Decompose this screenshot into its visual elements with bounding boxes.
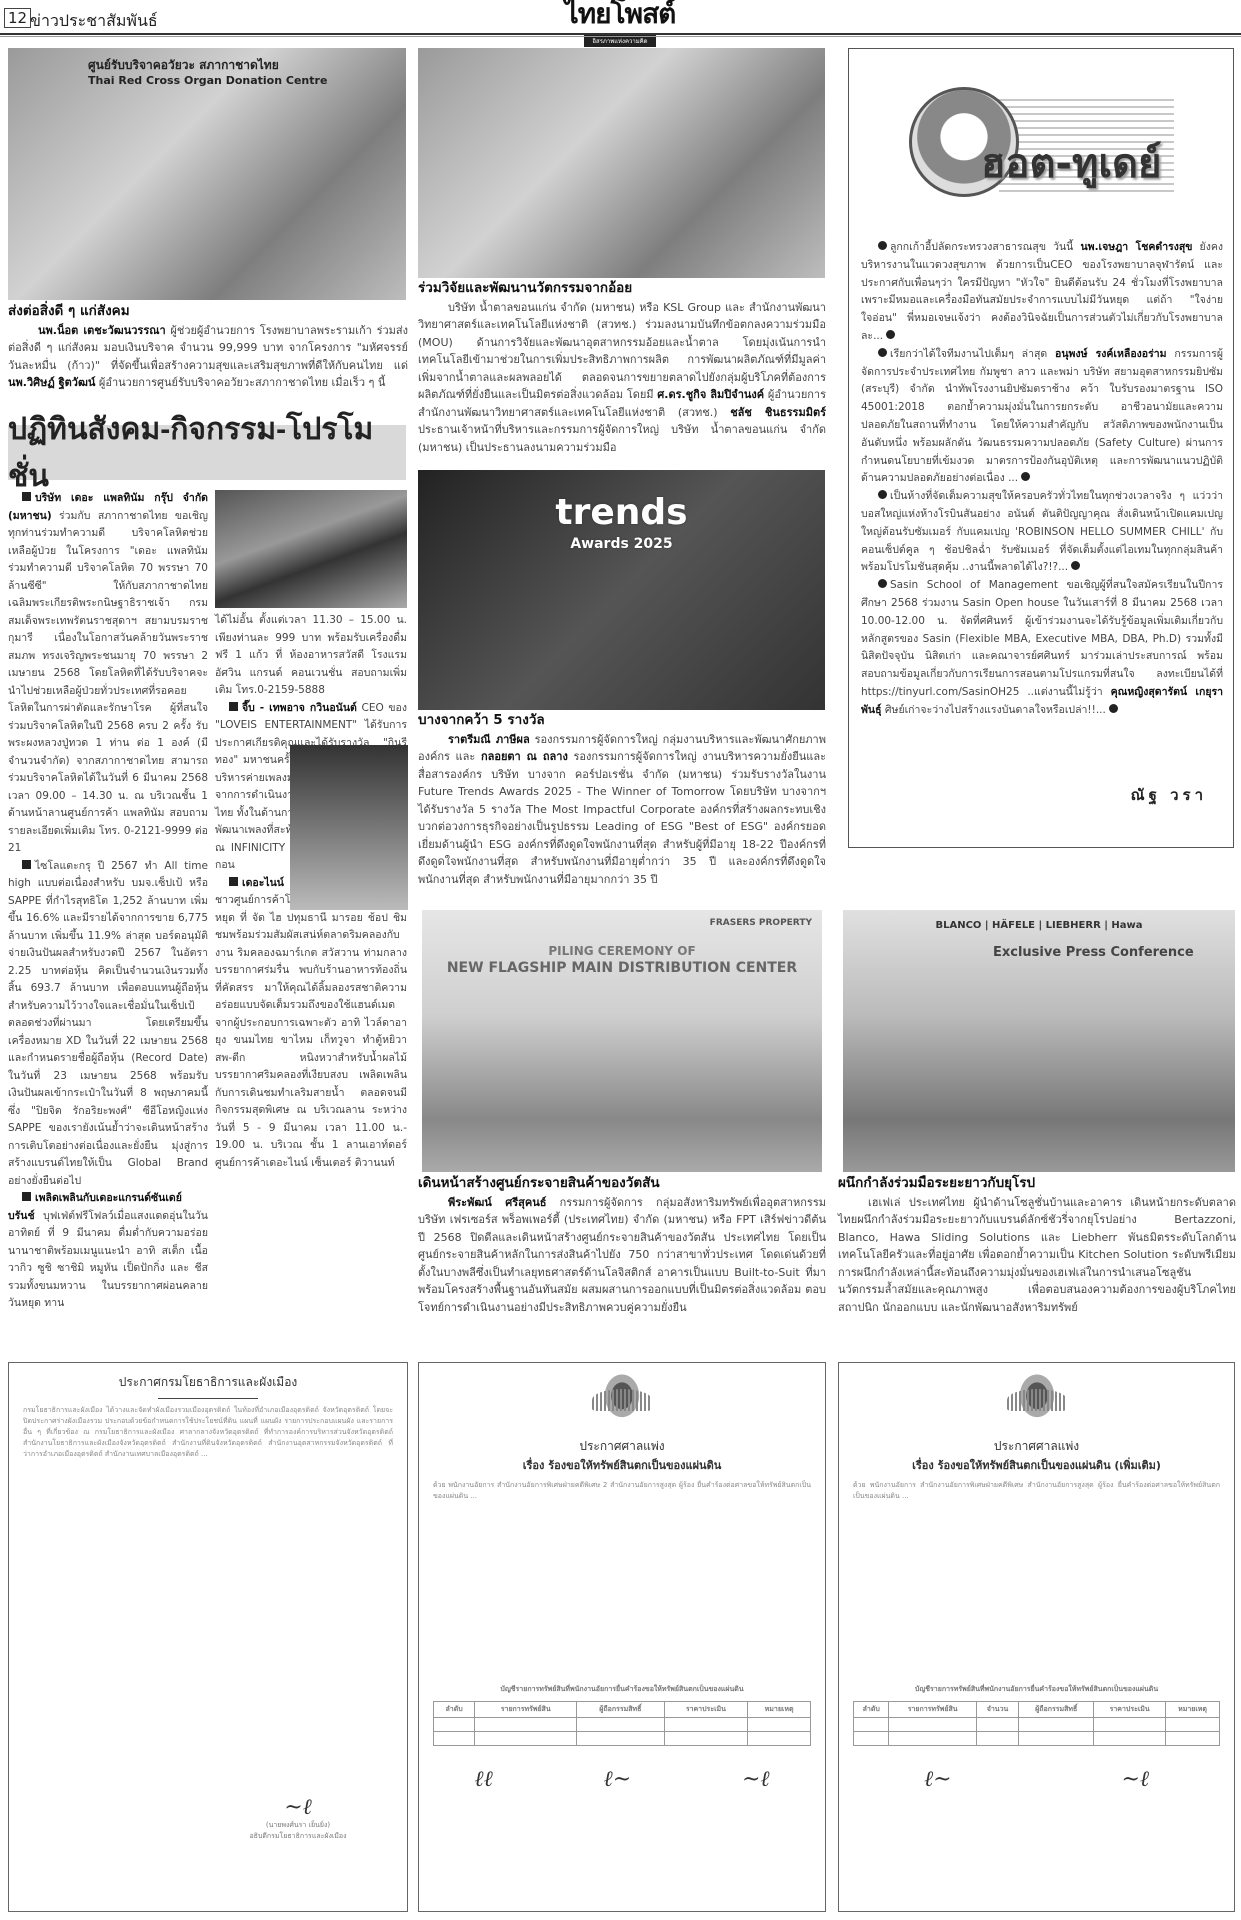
article-hafele: ผนึกกำลังร่วมมือระยะยาวกับยุโรป เฮเฟเล่ … <box>838 1175 1236 1316</box>
hot-item: ลูกกเก้าอี้ปลัดกระทรวงสาธารณสุข วันนี้ น… <box>861 239 1223 346</box>
photo-redcross: ศูนย์รับบริจาคอวัยวะ สภากาชาดไทย Thai Re… <box>8 48 406 300</box>
asset-table: ลำดับรายการทรัพย์สินจำนวนผู้ถือกรรมสิทธิ… <box>853 1701 1220 1746</box>
notice-title: ประกาศกรมโยธาธิการและผังเมือง <box>9 1373 407 1392</box>
notice-title: ประกาศศาลแพ่ง <box>419 1437 825 1456</box>
masthead-logo: ไทยโพสต์ <box>470 0 770 28</box>
bullet-icon <box>878 241 887 250</box>
masthead: ไทยโพสต์ อิสรภาพแห่งความคิด <box>470 0 770 47</box>
notice-body: ด้วย พนักงานอัยการ สำนักงานอัยการพิเศษฝ่… <box>839 1474 1234 1684</box>
social-item: ไซโลแตะกรุ ปี 2567 ทำ All time high แบบต… <box>8 858 208 1191</box>
hot-item: Sasin School of Management ขอเชิญผู้ที่ส… <box>861 577 1223 719</box>
photo-ksl-mou <box>418 48 825 278</box>
table-title: บัญชีรายการทรัพย์สินที่พนักงานอัยการยื่น… <box>419 1684 825 1695</box>
notice-dpt: ประกาศกรมโยธาธิการและผังเมือง กรมโยธาธิก… <box>8 1362 408 1912</box>
bullet-icon <box>878 348 887 357</box>
garuda-emblem-icon <box>1007 1371 1067 1433</box>
social-item: เพลิดเพลินกับเดอะแกรนด์ซันเดย์บรันช์ บุฟ… <box>8 1190 208 1313</box>
square-bullet-icon <box>22 860 31 869</box>
bullet-icon <box>886 330 895 339</box>
bullet-icon <box>878 490 887 499</box>
hot-today-column: ฮอต-ทูเดย์ ลูกกเก้าอี้ปลัดกระทรวงสาธารณส… <box>848 48 1234 848</box>
photo-ceo-portrait <box>290 745 408 910</box>
notice-signatures: ℓℓ ℓ~ ~ℓ <box>419 1766 825 1792</box>
notice-body: กรมโยธาธิการและผังเมือง ได้วางและจัดทำผั… <box>9 1399 407 1794</box>
notice-title: ประกาศศาลแพ่ง <box>839 1437 1234 1456</box>
person-name: นพ.วิศิษฏ์ ฐิตวัฒน์ <box>8 376 95 389</box>
photo-trends-awards: trends Awards 2025 <box>418 470 825 710</box>
article-title: เดินหน้าสร้างศูนย์กระจายสินค้าของวัตสัน <box>418 1175 826 1193</box>
article-donation: ส่งต่อสิ่งดี ๆ แก่สังคม นพ.น็อต เตชะวัฒน… <box>8 303 408 392</box>
social-column-1: บริษัท เดอะ แพลทินัม กรุ๊ป จำกัด (มหาชน)… <box>8 490 208 1313</box>
frasers-brand: FRASERS PROPERTY <box>710 918 812 928</box>
article-frasers: เดินหน้าสร้างศูนย์กระจายสินค้าของวัตสัน … <box>418 1175 826 1316</box>
social-item: เดอะไนน์ เซ็นเตอร์ ติวานนท์ ชวนชาวศูนย์ก… <box>215 875 407 1173</box>
bullet-icon <box>1021 472 1030 481</box>
photo-caption: ศูนย์รับบริจาคอวัยวะ สภากาชาดไทย <box>88 56 279 75</box>
hot-today-logo: ฮอต-ทูเดย์ <box>909 79 1179 204</box>
social-calendar-banner: ปฏิทินสังคม-กิจกรรม-โปรโมชั่น <box>8 425 406 480</box>
signature-icon: ℓℓ <box>474 1766 492 1792</box>
article-title: บางจากคว้า 5 รางวัล <box>418 712 826 730</box>
photo-hafele-press: BLANCO | HÄFELE | LIEBHERR | Hawa Exclus… <box>843 910 1235 1172</box>
social-item: บริษัท เดอะ แพลทินัม กรุ๊ป จำกัด (มหาชน)… <box>8 490 208 858</box>
square-bullet-icon <box>22 492 31 501</box>
square-bullet-icon <box>22 1192 31 1201</box>
hafele-title: Exclusive Press Conference <box>993 945 1194 960</box>
trends-logo: trends <box>418 492 825 533</box>
bullet-icon <box>878 579 887 588</box>
trends-subtitle: Awards 2025 <box>418 536 825 552</box>
header-rule <box>0 33 1241 35</box>
section-title: ข่าวประชาสัมพันธ์ <box>30 9 158 34</box>
notice-body: ด้วย พนักงานอัยการ สำนักงานอัยการพิเศษฝ่… <box>419 1474 825 1684</box>
article-title: ร่วมวิจัยและพัฒนานวัตกรรมจากอ้อย <box>418 280 826 298</box>
signature-icon: ℓ~ <box>604 1766 632 1792</box>
page-number: 12 <box>4 8 31 28</box>
article-bangchak: บางจากคว้า 5 รางวัล ราตรีมณี ภาษีผล รองก… <box>418 712 826 888</box>
notice-civil-court-1: ประกาศศาลแพ่ง เรื่อง ร้องขอให้ทรัพย์สินต… <box>418 1362 826 1912</box>
square-bullet-icon <box>229 702 238 711</box>
frasers-title-2: NEW FLAGSHIP MAIN DISTRIBUTION CENTER <box>422 960 822 976</box>
notice-subject: เรื่อง ร้องขอให้ทรัพย์สินตกเป็นของแผ่นดิ… <box>419 1456 825 1474</box>
social-item: ได้ไม่อั้น ตั้งแต่เวลา 11.30 – 15.00 น. … <box>215 612 407 700</box>
signature-icon: ℓ~ <box>924 1766 952 1792</box>
article-title: ส่งต่อสิ่งดี ๆ แก่สังคม <box>8 303 408 321</box>
notice-signatures: ℓ~ ~ℓ <box>839 1766 1234 1792</box>
bullet-icon <box>1109 704 1118 713</box>
article-ksl: ร่วมวิจัยและพัฒนานวัตกรรมจากอ้อย บริษัท … <box>418 280 826 456</box>
photo-caption-en: Thai Red Cross Organ Donation Centre <box>88 74 327 87</box>
bullet-icon <box>1071 561 1080 570</box>
square-bullet-icon <box>229 877 238 886</box>
columnist-byline: ณัฐ วรา <box>1131 783 1207 807</box>
notice-signature: ~ℓ (นายพงศ์นรา เย็นยิ่ง) อธิบดีกรมโยธาธิ… <box>189 1794 407 1842</box>
signature-icon: ~ℓ <box>742 1766 770 1792</box>
signature-icon: ~ℓ <box>1121 1766 1149 1792</box>
notice-civil-court-2: ประกาศศาลแพ่ง เรื่อง ร้องขอให้ทรัพย์สินต… <box>838 1362 1235 1912</box>
hot-today-title: ฮอต-ทูเดย์ <box>981 131 1161 195</box>
header-rule-thin <box>0 36 1241 37</box>
table-title: บัญชีรายการทรัพย์สินที่พนักงานอัยการยื่น… <box>839 1684 1234 1695</box>
hafele-brands: BLANCO | HÄFELE | LIEBHERR | Hawa <box>843 920 1235 931</box>
garuda-emblem-icon <box>592 1371 652 1433</box>
article-title: ผนึกกำลังร่วมมือระยะยาวกับยุโรป <box>838 1175 1236 1193</box>
photo-frasers-ceremony: FRASERS PROPERTY PILING CEREMONY OF NEW … <box>422 910 822 1172</box>
asset-table: ลำดับรายการทรัพย์สินผู้ถือกรรมสิทธิ์ราคา… <box>433 1701 811 1746</box>
hot-item: เป็นห้างที่จัดเต็มความสุขให้ครอบครัวทั่ว… <box>861 488 1223 577</box>
hot-item: เรียกว่าได้ใจทีมงานไปเต็มๆ ล่าสุด อนุพงษ… <box>861 346 1223 488</box>
signature-icon: ~ℓ <box>189 1794 407 1820</box>
frasers-title-1: PILING CEREMONY OF <box>422 944 822 958</box>
hot-today-text: ลูกกเก้าอี้ปลัดกระทรวงสาธารณสุข วันนี้ น… <box>861 239 1223 720</box>
person-name: นพ.น็อต เตชะวัฒนวรรณา <box>38 324 166 337</box>
notice-subject: เรื่อง ร้องขอให้ทรัพย์สินตกเป็นของแผ่นดิ… <box>839 1456 1234 1474</box>
photo-steak <box>215 490 407 608</box>
